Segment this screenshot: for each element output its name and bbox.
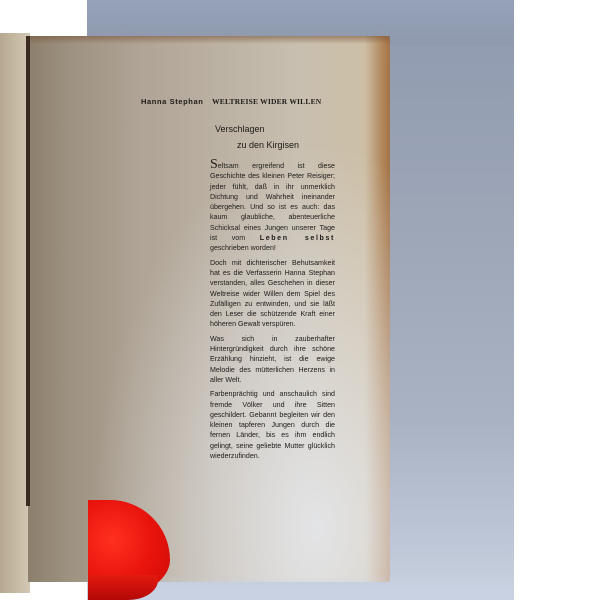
running-head: Hanna Stephan WELTREISE WIDER WILLEN: [141, 97, 471, 106]
blurb-paragraph-4: Farbenprächtig und anschaulich sind frem…: [210, 389, 335, 461]
chapter-title-line-2: zu den Kirgisen: [215, 137, 299, 153]
author-name: Hanna Stephan: [141, 97, 203, 106]
page-gutter-shadow: [26, 36, 30, 506]
drop-cap: S: [210, 157, 218, 172]
emphasis: Leben selbst: [260, 234, 335, 242]
blurb-text: Seltsam ergreifend ist diese Geschichte …: [210, 160, 335, 465]
blurb-paragraph-1: Seltsam ergreifend ist diese Geschichte …: [210, 160, 335, 254]
chapter-title-line-1: Verschlagen: [215, 124, 265, 134]
blurb-paragraph-2: Doch mit dichterischer Behutsamkeit hat …: [210, 258, 335, 330]
blurb-paragraph-3: Was sich in zauberhafter Hintergründigke…: [210, 334, 335, 385]
book-page: [28, 36, 390, 582]
page-edge-shading: [28, 36, 390, 44]
chapter-title: Verschlagen zu den Kirgisen: [215, 121, 299, 153]
book-title: WELTREISE WIDER WILLEN: [212, 97, 321, 106]
